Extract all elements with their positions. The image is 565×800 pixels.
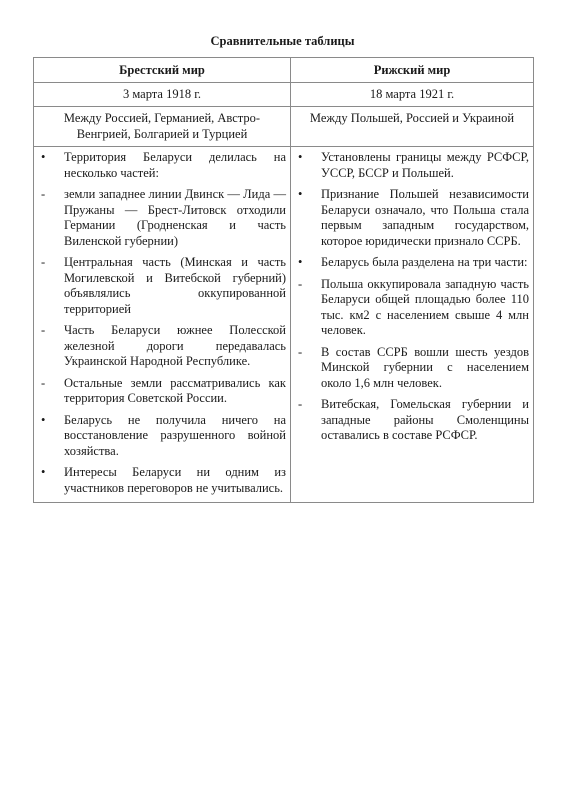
parties-row: Между Россией, Германией, Австро-Венгрие… <box>34 107 534 147</box>
list-item: -В состав ССРБ вошли шесть уездов Минско… <box>293 345 529 392</box>
list-item-text: Центральная часть (Минская и часть Могил… <box>64 255 286 316</box>
parties-brest: Между Россией, Германией, Австро-Венгрие… <box>34 107 291 147</box>
content-brest: •Территория Беларуси делилась на несколь… <box>34 147 291 503</box>
list-item-text: Признание Польшей независимости Беларуси… <box>321 187 529 248</box>
dash-icon: - <box>41 187 55 203</box>
comparison-table: Брестский мир Рижский мир 3 марта 1918 г… <box>33 57 534 503</box>
date-brest: 3 марта 1918 г. <box>34 83 291 107</box>
bullet-icon: • <box>41 465 55 481</box>
bullet-icon: • <box>298 187 312 203</box>
list-item: •Беларусь не получила ничего на восстано… <box>36 413 286 460</box>
list-item: -земли западнее линии Двинск — Лида — Пр… <box>36 187 286 249</box>
date-riga: 18 марта 1921 г. <box>291 83 534 107</box>
list-item-text: Интересы Беларуси ни одним из участников… <box>64 465 286 495</box>
list-item-text: В состав ССРБ вошли шесть уездов Минской… <box>321 345 529 390</box>
list-item: -Остальные земли рассматривались как тер… <box>36 376 286 407</box>
dash-icon: - <box>41 376 55 392</box>
list-item: •Беларусь была разделена на три части: <box>293 255 529 271</box>
header-row: Брестский мир Рижский мир <box>34 58 534 83</box>
bullet-icon: • <box>41 150 55 166</box>
list-item: -Польша оккупировала западную часть Бела… <box>293 277 529 339</box>
list-item: -Центральная часть (Минская и часть Моги… <box>36 255 286 317</box>
list-item-text: Территория Беларуси делилась на нескольк… <box>64 150 286 180</box>
list-item: -Витебская, Гомельская губернии и западн… <box>293 397 529 444</box>
content-riga: •Установлены границы между РСФСР, УССР, … <box>291 147 534 503</box>
list-item: -Часть Беларуси южнее Полесской железной… <box>36 323 286 370</box>
list-item-text: Витебская, Гомельская губернии и западны… <box>321 397 529 442</box>
content-row: •Территория Беларуси делилась на несколь… <box>34 147 534 503</box>
list-item-text: Беларусь не получила ничего на восстанов… <box>64 413 286 458</box>
list-item-text: Часть Беларуси южнее Полесской железной … <box>64 323 286 368</box>
list-item-text: земли западнее линии Двинск — Лида — Пру… <box>64 187 286 248</box>
list-item: •Территория Беларуси делилась на несколь… <box>36 150 286 181</box>
dash-icon: - <box>298 397 312 413</box>
brest-points-list: •Территория Беларуси делилась на несколь… <box>36 150 286 496</box>
list-item: •Интересы Беларуси ни одним из участнико… <box>36 465 286 496</box>
dash-icon: - <box>298 345 312 361</box>
list-item-text: Остальные земли рассматривались как терр… <box>64 376 286 406</box>
dash-icon: - <box>298 277 312 293</box>
list-item-text: Польша оккупировала западную часть Белар… <box>321 277 529 338</box>
header-riga: Рижский мир <box>291 58 534 83</box>
list-item-text: Беларусь была разделена на три части: <box>321 255 528 269</box>
bullet-icon: • <box>41 413 55 429</box>
bullet-icon: • <box>298 255 312 271</box>
dash-icon: - <box>41 323 55 339</box>
list-item: •Признание Польшей независимости Беларус… <box>293 187 529 249</box>
list-item: •Установлены границы между РСФСР, УССР, … <box>293 150 529 181</box>
page-title: Сравнительные таблицы <box>0 34 565 49</box>
header-brest: Брестский мир <box>34 58 291 83</box>
date-row: 3 марта 1918 г. 18 марта 1921 г. <box>34 83 534 107</box>
riga-points-list: •Установлены границы между РСФСР, УССР, … <box>293 150 529 444</box>
parties-riga: Между Польшей, Россией и Украиной <box>291 107 534 147</box>
list-item-text: Установлены границы между РСФСР, УССР, Б… <box>321 150 529 180</box>
dash-icon: - <box>41 255 55 271</box>
bullet-icon: • <box>298 150 312 166</box>
